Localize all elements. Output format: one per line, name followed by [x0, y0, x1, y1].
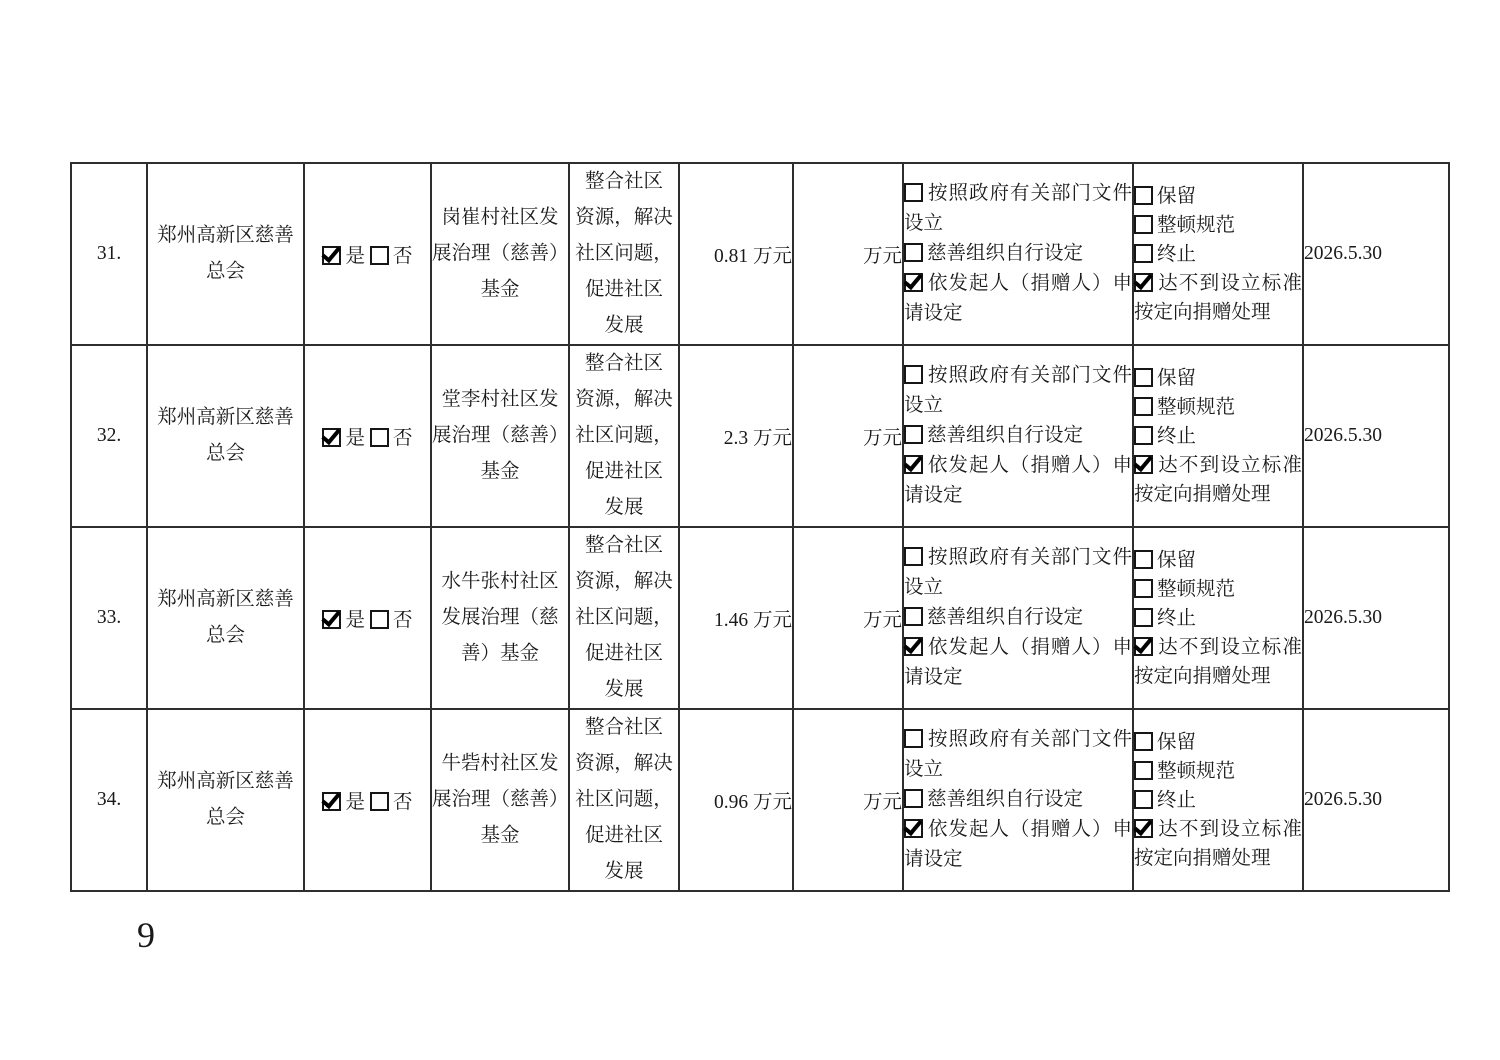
setup-option: 依发起人（捐赠人）申请设定 [904, 815, 1132, 875]
amount-unit-cell: 万元 [793, 709, 903, 891]
amount-unit: 万元 [863, 792, 902, 813]
review-date-cell: 2026.5.30 [1303, 527, 1449, 709]
row-index-cell: 31. [71, 163, 147, 345]
has-fund-cell: 是否 [304, 709, 431, 891]
status-option-checkbox [1134, 397, 1153, 416]
status-option: 保留 [1134, 364, 1302, 393]
fund-name: 岗崔村社区发 展治理（慈善） 基金 [432, 200, 568, 308]
setup-method-cell: 按照政府有关部门文件设立 慈善组织自行设定 依发起人（捐赠人）申请设定 [903, 709, 1133, 891]
setup-option-label: 依发起人（捐赠人）申请设定 [904, 637, 1132, 688]
yes-checkbox [322, 610, 341, 629]
has-fund-cell: 是否 [304, 163, 431, 345]
setup-option-label: 慈善组织自行设定 [927, 243, 1083, 264]
no-label: 否 [393, 792, 413, 813]
status-option-label: 终止 [1157, 426, 1196, 447]
organization-cell: 郑州高新区慈善 总会 [147, 345, 304, 527]
status-option-checkbox [1134, 732, 1153, 751]
no-checkbox [370, 246, 389, 265]
status-option-label: 保留 [1157, 732, 1196, 753]
fund-name-cell: 牛砦村社区发 展治理（慈善） 基金 [431, 709, 569, 891]
organization-name: 郑州高新区慈善 总会 [148, 218, 303, 290]
fund-name: 牛砦村社区发 展治理（慈善） 基金 [432, 746, 568, 854]
review-result-cell: 保留 整顿规范 终止 达不到设立标准按定向捐赠处理 [1133, 163, 1303, 345]
status-option-label: 保留 [1157, 368, 1196, 389]
status-option-checkbox [1134, 215, 1153, 234]
status-option: 终止 [1134, 422, 1302, 451]
no-checkbox [370, 428, 389, 447]
fund-name-cell: 岗崔村社区发 展治理（慈善） 基金 [431, 163, 569, 345]
status-option: 整顿规范 [1134, 757, 1302, 786]
row-index: 33. [97, 607, 121, 628]
status-option-checkbox [1134, 550, 1153, 569]
has-fund-cell: 是否 [304, 345, 431, 527]
status-option-label: 整顿规范 [1157, 397, 1235, 418]
status-option-label: 保留 [1157, 550, 1196, 571]
review-date-cell: 2026.5.30 [1303, 163, 1449, 345]
review-date: 2026.5.30 [1304, 243, 1382, 264]
amount-unit: 万元 [863, 428, 902, 449]
setup-option: 依发起人（捐赠人）申请设定 [904, 269, 1132, 329]
setup-option-checkbox [904, 547, 923, 566]
status-option: 整顿规范 [1134, 575, 1302, 604]
fund-purpose: 整合社区 资源，解决 社区问题， 促进社区 发展 [570, 346, 678, 526]
status-option-label: 终止 [1157, 244, 1196, 265]
setup-option-checkbox [904, 273, 923, 292]
review-date: 2026.5.30 [1304, 789, 1382, 810]
status-option-label: 达不到设立标准按定向捐赠处理 [1134, 455, 1302, 505]
fund-purpose: 整合社区 资源，解决 社区问题， 促进社区 发展 [570, 164, 678, 344]
no-checkbox [370, 610, 389, 629]
setup-option-label: 依发起人（捐赠人）申请设定 [904, 273, 1132, 324]
yes-label: 是 [345, 246, 365, 267]
setup-option-label: 依发起人（捐赠人）申请设定 [904, 819, 1132, 870]
table-row: 32. 郑州高新区慈善 总会 是否 堂李村社区发 展治理（慈善） 基金 整合社区… [71, 345, 1449, 527]
setup-option: 按照政府有关部门文件设立 [904, 179, 1132, 239]
status-option-checkbox [1134, 637, 1153, 656]
table-row: 33. 郑州高新区慈善 总会 是否 水牛张村社区 发展治理（慈 善）基金 整合社… [71, 527, 1449, 709]
table-row: 34. 郑州高新区慈善 总会 是否 牛砦村社区发 展治理（慈善） 基金 整合社区… [71, 709, 1449, 891]
organization-cell: 郑州高新区慈善 总会 [147, 163, 304, 345]
status-option-checkbox [1134, 186, 1153, 205]
status-option-label: 达不到设立标准按定向捐赠处理 [1134, 819, 1302, 869]
status-option: 达不到设立标准按定向捐赠处理 [1134, 633, 1302, 691]
setup-option-checkbox [904, 243, 923, 262]
setup-option-checkbox [904, 183, 923, 202]
setup-option: 慈善组织自行设定 [904, 603, 1132, 633]
fund-purpose-cell: 整合社区 资源，解决 社区问题， 促进社区 发展 [569, 163, 679, 345]
setup-option-label: 按照政府有关部门文件设立 [904, 183, 1132, 234]
amount-unit: 万元 [863, 246, 902, 267]
status-option-label: 整顿规范 [1157, 761, 1235, 782]
review-result-cell: 保留 整顿规范 终止 达不到设立标准按定向捐赠处理 [1133, 527, 1303, 709]
fund-amount: 1.46 万元 [714, 610, 792, 631]
row-index-cell: 32. [71, 345, 147, 527]
page-number: 9 [137, 916, 155, 956]
setup-option: 慈善组织自行设定 [904, 785, 1132, 815]
status-option-label: 整顿规范 [1157, 215, 1235, 236]
setup-option-label: 按照政府有关部门文件设立 [904, 547, 1132, 598]
setup-option: 按照政府有关部门文件设立 [904, 361, 1132, 421]
has-fund-cell: 是否 [304, 527, 431, 709]
fund-amount-cell: 0.81 万元 [679, 163, 793, 345]
setup-option-checkbox [904, 789, 923, 808]
review-date-cell: 2026.5.30 [1303, 709, 1449, 891]
amount-unit-cell: 万元 [793, 527, 903, 709]
status-option: 达不到设立标准按定向捐赠处理 [1134, 451, 1302, 509]
fund-amount: 0.96 万元 [714, 792, 792, 813]
review-date: 2026.5.30 [1304, 425, 1382, 446]
organization-cell: 郑州高新区慈善 总会 [147, 709, 304, 891]
status-option-checkbox [1134, 368, 1153, 387]
yes-checkbox [322, 792, 341, 811]
no-checkbox [370, 792, 389, 811]
no-label: 否 [393, 246, 413, 267]
setup-option: 按照政府有关部门文件设立 [904, 725, 1132, 785]
fund-name: 水牛张村社区 发展治理（慈 善）基金 [432, 564, 568, 672]
setup-method-cell: 按照政府有关部门文件设立 慈善组织自行设定 依发起人（捐赠人）申请设定 [903, 163, 1133, 345]
table-row: 31. 郑州高新区慈善 总会 是否 岗崔村社区发 展治理（慈善） 基金 整合社区… [71, 163, 1449, 345]
setup-option: 依发起人（捐赠人）申请设定 [904, 633, 1132, 693]
setup-option-checkbox [904, 425, 923, 444]
amount-unit-cell: 万元 [793, 345, 903, 527]
setup-option: 慈善组织自行设定 [904, 239, 1132, 269]
fund-amount-cell: 1.46 万元 [679, 527, 793, 709]
status-option-checkbox [1134, 819, 1153, 838]
status-option: 终止 [1134, 604, 1302, 633]
no-label: 否 [393, 610, 413, 631]
setup-option-label: 按照政府有关部门文件设立 [904, 365, 1132, 416]
review-date: 2026.5.30 [1304, 607, 1382, 628]
fund-name: 堂李村社区发 展治理（慈善） 基金 [432, 382, 568, 490]
setup-option: 按照政府有关部门文件设立 [904, 543, 1132, 603]
setup-option: 慈善组织自行设定 [904, 421, 1132, 451]
setup-option-checkbox [904, 607, 923, 626]
setup-option-label: 慈善组织自行设定 [927, 789, 1083, 810]
review-result-cell: 保留 整顿规范 终止 达不到设立标准按定向捐赠处理 [1133, 345, 1303, 527]
fund-purpose-cell: 整合社区 资源，解决 社区问题， 促进社区 发展 [569, 345, 679, 527]
setup-option-label: 依发起人（捐赠人）申请设定 [904, 455, 1132, 506]
status-option-checkbox [1134, 608, 1153, 627]
status-option: 整顿规范 [1134, 211, 1302, 240]
setup-method-cell: 按照政府有关部门文件设立 慈善组织自行设定 依发起人（捐赠人）申请设定 [903, 527, 1133, 709]
setup-option-label: 按照政府有关部门文件设立 [904, 729, 1132, 780]
status-option-checkbox [1134, 579, 1153, 598]
yes-label: 是 [345, 428, 365, 449]
fund-purpose: 整合社区 资源，解决 社区问题， 促进社区 发展 [570, 710, 678, 890]
status-option-label: 终止 [1157, 790, 1196, 811]
status-option: 整顿规范 [1134, 393, 1302, 422]
fund-name-cell: 堂李村社区发 展治理（慈善） 基金 [431, 345, 569, 527]
yes-label: 是 [345, 792, 365, 813]
setup-option-checkbox [904, 729, 923, 748]
status-option: 达不到设立标准按定向捐赠处理 [1134, 269, 1302, 327]
fund-amount: 0.81 万元 [714, 246, 792, 267]
status-option-label: 整顿规范 [1157, 579, 1235, 600]
yes-label: 是 [345, 610, 365, 631]
status-option-label: 终止 [1157, 608, 1196, 629]
status-option: 保留 [1134, 182, 1302, 211]
setup-option-label: 慈善组织自行设定 [927, 425, 1083, 446]
organization-name: 郑州高新区慈善 总会 [148, 582, 303, 654]
status-option-checkbox [1134, 426, 1153, 445]
review-result-cell: 保留 整顿规范 终止 达不到设立标准按定向捐赠处理 [1133, 709, 1303, 891]
setup-option: 依发起人（捐赠人）申请设定 [904, 451, 1132, 511]
yes-checkbox [322, 246, 341, 265]
amount-unit-cell: 万元 [793, 163, 903, 345]
document-page: 31. 郑州高新区慈善 总会 是否 岗崔村社区发 展治理（慈善） 基金 整合社区… [0, 0, 1500, 1060]
organization-name: 郑州高新区慈善 总会 [148, 400, 303, 472]
fund-amount-cell: 0.96 万元 [679, 709, 793, 891]
review-date-cell: 2026.5.30 [1303, 345, 1449, 527]
status-option: 保留 [1134, 546, 1302, 575]
setup-option-checkbox [904, 365, 923, 384]
fund-purpose-cell: 整合社区 资源，解决 社区问题， 促进社区 发展 [569, 527, 679, 709]
row-index-cell: 34. [71, 709, 147, 891]
fund-amount-cell: 2.3 万元 [679, 345, 793, 527]
fund-amount: 2.3 万元 [724, 428, 792, 449]
fund-purpose: 整合社区 资源，解决 社区问题， 促进社区 发展 [570, 528, 678, 708]
setup-option-label: 慈善组织自行设定 [927, 607, 1083, 628]
organization-name: 郑州高新区慈善 总会 [148, 764, 303, 836]
row-index: 34. [97, 789, 121, 810]
status-option-checkbox [1134, 455, 1153, 474]
no-label: 否 [393, 428, 413, 449]
yes-checkbox [322, 428, 341, 447]
status-option: 终止 [1134, 786, 1302, 815]
row-index: 31. [97, 243, 121, 264]
fund-name-cell: 水牛张村社区 发展治理（慈 善）基金 [431, 527, 569, 709]
setup-option-checkbox [904, 819, 923, 838]
amount-unit: 万元 [863, 610, 902, 631]
setup-option-checkbox [904, 637, 923, 656]
status-option: 达不到设立标准按定向捐赠处理 [1134, 815, 1302, 873]
fund-purpose-cell: 整合社区 资源，解决 社区问题， 促进社区 发展 [569, 709, 679, 891]
status-option-label: 保留 [1157, 186, 1196, 207]
status-option-label: 达不到设立标准按定向捐赠处理 [1134, 637, 1302, 687]
status-option-checkbox [1134, 244, 1153, 263]
charity-fund-table: 31. 郑州高新区慈善 总会 是否 岗崔村社区发 展治理（慈善） 基金 整合社区… [70, 162, 1450, 892]
status-option: 终止 [1134, 240, 1302, 269]
status-option-checkbox [1134, 273, 1153, 292]
organization-cell: 郑州高新区慈善 总会 [147, 527, 304, 709]
status-option: 保留 [1134, 728, 1302, 757]
status-option-checkbox [1134, 761, 1153, 780]
status-option-label: 达不到设立标准按定向捐赠处理 [1134, 273, 1302, 323]
row-index-cell: 33. [71, 527, 147, 709]
row-index: 32. [97, 425, 121, 446]
setup-option-checkbox [904, 455, 923, 474]
setup-method-cell: 按照政府有关部门文件设立 慈善组织自行设定 依发起人（捐赠人）申请设定 [903, 345, 1133, 527]
status-option-checkbox [1134, 790, 1153, 809]
